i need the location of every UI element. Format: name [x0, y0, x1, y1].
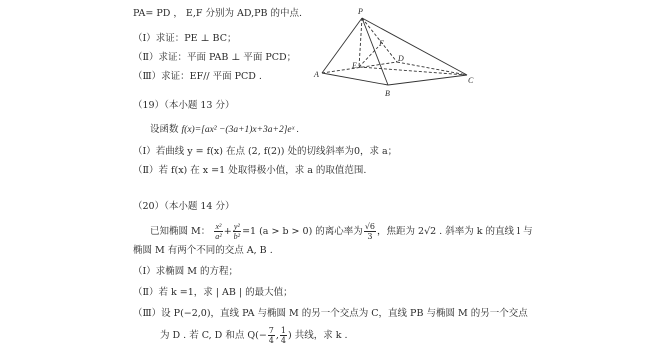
q19-function-formula: f(x)=[ax² −(3a+1)x+3a+2]eˣ .	[182, 125, 300, 135]
q20-part3-text-b: ) 共线，求 k .	[288, 330, 348, 341]
vertex-label-d: D	[397, 54, 404, 63]
eccentricity-fraction: √63	[364, 222, 376, 241]
q19-stem: 设函数 f(x)=[ax² −(3a+1)x+3a+2]eˣ .	[150, 124, 299, 136]
y-over-b-fraction: y²b²	[233, 222, 241, 241]
vertex-label-a: A	[313, 70, 319, 79]
x-over-a-fraction: x²a²	[214, 222, 222, 241]
vertex-label-c: C	[468, 76, 474, 85]
q19-part-2: （Ⅱ）若 f(x) 在 x =1 处取得极小值，求 a 的取值范围.	[133, 165, 366, 177]
q-x-fraction: 74	[268, 326, 275, 345]
pyramid-figure: P A B C D E F	[0, 0, 660, 361]
q20-stem-a: 已知椭圆 M：	[150, 226, 210, 237]
q-y-fraction: 14	[280, 326, 287, 345]
vertex-label-p: P	[357, 7, 363, 16]
vertex-label-f: F	[378, 39, 384, 48]
vertex-label-b: B	[385, 89, 390, 98]
q20-part-3: （Ⅲ）设 P(−2,0)，直线 PA 与椭圆 M 的另一个交点为 C，直线 PB…	[133, 308, 528, 320]
q20-part-2: （Ⅱ）若 k =1，求 | AB | 的最大值；	[133, 287, 293, 299]
q20-stem-line2: 椭圆 M 有两个不同的交点 A, B .	[133, 245, 273, 257]
q20-stem-b: =1 (a > b > 0) 的离心率为	[242, 226, 363, 237]
q20-stem-c: ，焦距为 2√2 . 斜率为 k 的直线 l 与	[377, 226, 533, 237]
q20-header: （20）（本小题 14 分）	[133, 201, 234, 213]
q20-part-3-line2: 为 D . 若 C, D 和点 Q(−74,14) 共线，求 k .	[160, 326, 348, 346]
q20-stem: 已知椭圆 M： x²a²+y²b²=1 (a > b > 0) 的离心率为√63…	[150, 222, 533, 242]
vertex-label-e: E	[351, 61, 357, 70]
q20-part3-text-a: 为 D . 若 C, D 和点 Q(−	[160, 330, 267, 341]
q19-stem-prefix: 设函数	[150, 124, 182, 135]
q20-part-1: （Ⅰ）求椭圆 M 的方程；	[133, 266, 238, 278]
q19-part-1: （Ⅰ）若曲线 y = f(x) 在点 (2, f(2)) 处的切线斜率为0，求 …	[133, 146, 397, 158]
q19-header: （19）（本小题 13 分）	[133, 100, 234, 112]
